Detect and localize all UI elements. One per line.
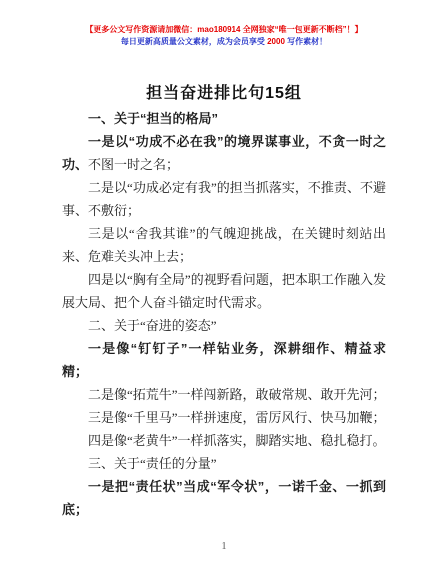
text-run: 四是以“胸有全局”的视野看问题，把本职工作融入发展大局、把个人奋斗锚定时代需求。 xyxy=(62,272,386,310)
text-run: 二是像“拓荒牛”一样闯新路，敢破常规、敢开先河； xyxy=(88,387,386,402)
section-heading: 三、关于“责任的分量” xyxy=(62,452,386,475)
paragraph: 三是像“千里马”一样拼速度，雷厉风行、快马加鞭； xyxy=(62,406,386,429)
paragraph: 二是以“功成必定有我”的担当抓落实，不推责、不避事、不敷衍； xyxy=(62,176,386,222)
document-page: 【更多公文写作资源请加微信：mao180914 全网独家“唯一包更新不断档”！】… xyxy=(0,0,448,580)
text-run: 二、关于“奋进的姿态” xyxy=(88,318,217,333)
section-heading: 二、关于“奋进的姿态” xyxy=(62,314,386,337)
header-notice: 【更多公文写作资源请加微信：mao180914 全网独家“唯一包更新不断档”！】… xyxy=(0,24,448,48)
notice-member-count: 2000 xyxy=(267,37,285,46)
text-run: 四是像“老黄牛”一样抓落实，脚踏实地、稳扎稳打。 xyxy=(88,433,386,448)
notice-line-2: 每日更新高质量公文素材，成为会员享受 2000 写作素材！ xyxy=(0,36,448,48)
paragraph: 一是像“钉钉子”一样钻业务，深耕细作、精益求精； xyxy=(62,337,386,383)
bold-text-run: 一是把“责任状”当成“军令状”，一诺千金、一抓到底； xyxy=(62,479,386,517)
text-run: 三是以“舍我其谁”的气魄迎挑战，在关键时刻站出来、危难关头冲上去； xyxy=(62,226,386,264)
paragraph: 一是把“责任状”当成“军令状”，一诺千金、一抓到底； xyxy=(62,475,386,521)
page-number: 1 xyxy=(0,541,448,553)
notice-line-2-suffix: 写作素材！ xyxy=(285,37,327,46)
paragraph: 二是像“拓荒牛”一样闯新路，敢破常规、敢开先河； xyxy=(62,383,386,406)
text-run: 三、关于“责任的分量” xyxy=(88,456,217,471)
text-run: 不图一时之名； xyxy=(88,157,179,172)
paragraph: 三是以“舍我其谁”的气魄迎挑战，在关键时刻站出来、危难关头冲上去； xyxy=(62,222,386,268)
document-title: 担当奋进排比句15组 xyxy=(0,83,448,105)
document-body: 一、关于“担当的格局”一是以“功成不必在我”的境界谋事业，不贪一时之功、不图一时… xyxy=(62,107,386,521)
notice-line-1: 【更多公文写作资源请加微信：mao180914 全网独家“唯一包更新不断档”！】 xyxy=(0,24,448,36)
section-heading: 一、关于“担当的格局” xyxy=(62,107,386,130)
paragraph: 四是以“胸有全局”的视野看问题，把本职工作融入发展大局、把个人奋斗锚定时代需求。 xyxy=(62,268,386,314)
text-run: 三是像“千里马”一样拼速度，雷厉风行、快马加鞭； xyxy=(88,410,386,425)
bold-text-run: 一是像“钉钉子”一样钻业务，深耕细作、精益求精； xyxy=(62,341,386,379)
paragraph: 一是以“功成不必在我”的境界谋事业，不贪一时之功、不图一时之名； xyxy=(62,130,386,176)
text-run: 二是以“功成必定有我”的担当抓落实，不推责、不避事、不敷衍； xyxy=(62,180,386,218)
notice-line-2-text: 每日更新高质量公文素材，成为会员享受 xyxy=(121,37,267,46)
bold-text-run: 一、关于“担当的格局” xyxy=(88,111,218,126)
paragraph: 四是像“老黄牛”一样抓落实，脚踏实地、稳扎稳打。 xyxy=(62,429,386,452)
